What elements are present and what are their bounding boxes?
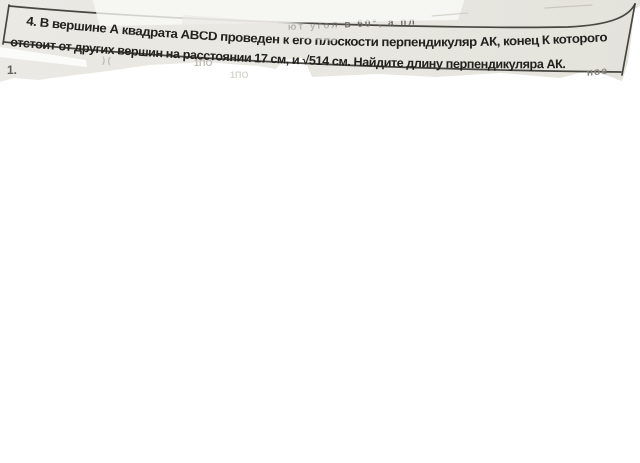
scan-smudge-line-1 [545, 5, 592, 8]
ghost-text-bottom-right-fragment: ное [586, 65, 609, 79]
ghost-mark-bottom-mid-right: 1ПО [194, 58, 212, 68]
scan-overlay: ют угол в 60°, а пл 4. В вершине А квадр… [0, 0, 640, 110]
ghost-mark-bottom-mid-left: ) ( [102, 55, 111, 65]
next-problem-number-fragment: 1. [7, 63, 17, 77]
document-page: ют угол в 60°, а пл 4. В вершине А квадр… [0, 0, 640, 463]
problem-box-left-border [3, 5, 9, 44]
ghost-mark-bottom-notch: 1ПО [230, 70, 248, 80]
